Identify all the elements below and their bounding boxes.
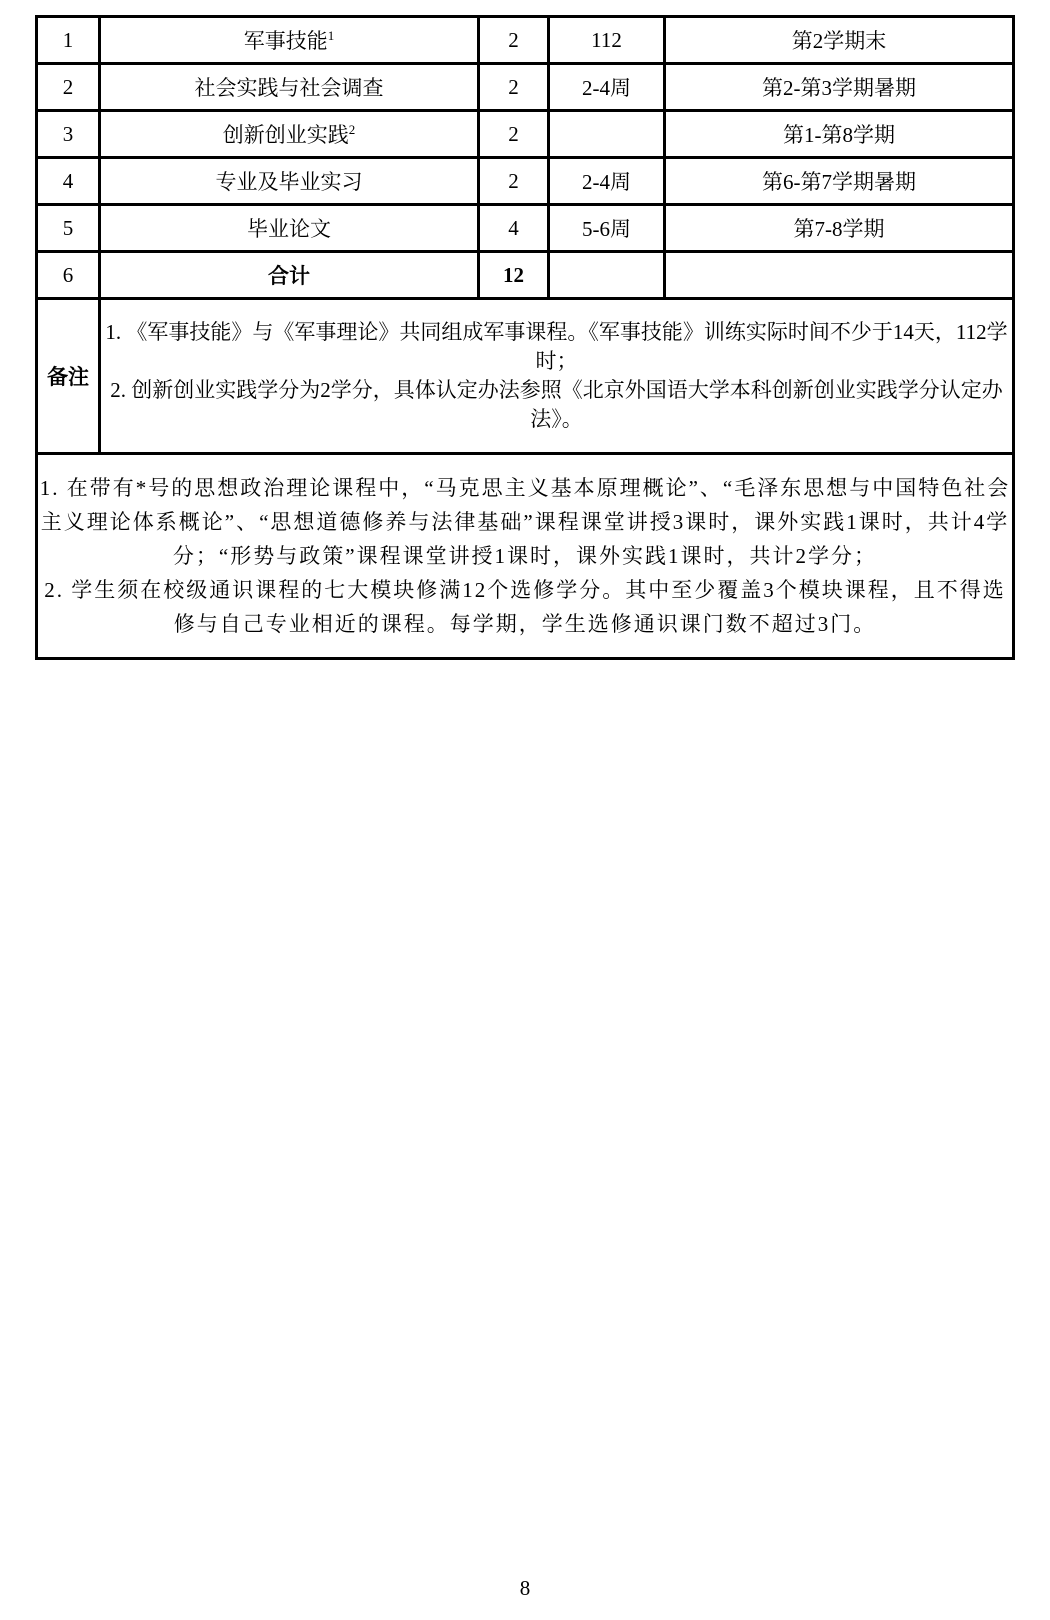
hours-cell: 112 bbox=[549, 17, 665, 64]
total-label-cell: 合计 bbox=[100, 252, 479, 299]
remarks-row: 备注 1. 《军事技能》与《军事理论》共同组成军事课程。《军事技能》训练实际时间… bbox=[37, 299, 1014, 454]
footnote-superscript: 1 bbox=[328, 28, 335, 43]
credits-cell: 2 bbox=[479, 17, 549, 64]
credits-cell: 2 bbox=[479, 111, 549, 158]
row-number-cell: 6 bbox=[37, 252, 100, 299]
page-number: 8 bbox=[0, 1576, 1050, 1601]
remarks-item-1: 1. 《军事技能》与《军事理论》共同组成军事课程。《军事技能》训练实际时间不少于… bbox=[101, 318, 1012, 376]
semester-cell: 第6-第7学期暑期 bbox=[665, 158, 1014, 205]
remarks-label: 备注 bbox=[37, 299, 100, 454]
table-row: 1 军事技能1 2 112 第2学期末 bbox=[37, 17, 1014, 64]
credits-cell: 2 bbox=[479, 158, 549, 205]
course-name-cell: 社会实践与社会调查 bbox=[100, 64, 479, 111]
row-number-cell: 4 bbox=[37, 158, 100, 205]
total-credits-cell: 12 bbox=[479, 252, 549, 299]
notes-section: 1. 在带有*号的思想政治理论课程中，“马克思主义基本原理概论”、“毛泽东思想与… bbox=[37, 454, 1014, 659]
semester-cell: 第1-第8学期 bbox=[665, 111, 1014, 158]
course-name-cell: 专业及毕业实习 bbox=[100, 158, 479, 205]
credits-cell: 4 bbox=[479, 205, 549, 252]
notes-row: 1. 在带有*号的思想政治理论课程中，“马克思主义基本原理概论”、“毛泽东思想与… bbox=[37, 454, 1014, 659]
table-row: 5 毕业论文 4 5-6周 第7-8学期 bbox=[37, 205, 1014, 252]
hours-cell: 5-6周 bbox=[549, 205, 665, 252]
table-row: 4 专业及毕业实习 2 2-4周 第6-第7学期暑期 bbox=[37, 158, 1014, 205]
course-name: 毕业论文 bbox=[247, 217, 331, 241]
hours-cell bbox=[549, 252, 665, 299]
row-number-cell: 3 bbox=[37, 111, 100, 158]
row-number-cell: 1 bbox=[37, 17, 100, 64]
course-name: 创新创业实践 bbox=[223, 123, 349, 147]
hours-cell: 2-4周 bbox=[549, 64, 665, 111]
course-name-cell: 军事技能1 bbox=[100, 17, 479, 64]
course-name-cell: 毕业论文 bbox=[100, 205, 479, 252]
course-name: 专业及毕业实习 bbox=[216, 170, 363, 194]
total-row: 6 合计 12 bbox=[37, 252, 1014, 299]
remarks-item-2: 2. 创新创业实践学分为2学分，具体认定办法参照《北京外国语大学本科创新创业实践… bbox=[101, 376, 1012, 434]
table-row: 3 创新创业实践2 2 第1-第8学期 bbox=[37, 111, 1014, 158]
semester-cell: 第2学期末 bbox=[665, 17, 1014, 64]
note-item-2: 2. 学生须在校级通识课程的七大模块修满12个选修学分。其中至少覆盖3个模块课程… bbox=[38, 573, 1012, 641]
course-name: 社会实践与社会调查 bbox=[195, 76, 384, 100]
semester-cell: 第7-8学期 bbox=[665, 205, 1014, 252]
course-name: 军事技能 bbox=[244, 29, 328, 53]
footnote-superscript: 2 bbox=[349, 122, 356, 137]
row-number-cell: 5 bbox=[37, 205, 100, 252]
semester-cell: 第2-第3学期暑期 bbox=[665, 64, 1014, 111]
remarks-content: 1. 《军事技能》与《军事理论》共同组成军事课程。《军事技能》训练实际时间不少于… bbox=[100, 299, 1014, 454]
course-name-cell: 创新创业实践2 bbox=[100, 111, 479, 158]
note-item-1: 1. 在带有*号的思想政治理论课程中，“马克思主义基本原理概论”、“毛泽东思想与… bbox=[38, 471, 1012, 573]
hours-cell: 2-4周 bbox=[549, 158, 665, 205]
credits-cell: 2 bbox=[479, 64, 549, 111]
row-number-cell: 2 bbox=[37, 64, 100, 111]
semester-cell bbox=[665, 252, 1014, 299]
table-row: 2 社会实践与社会调查 2 2-4周 第2-第3学期暑期 bbox=[37, 64, 1014, 111]
curriculum-table: 1 军事技能1 2 112 第2学期末 2 社会实践与社会调查 2 2-4周 第… bbox=[35, 15, 1015, 660]
hours-cell bbox=[549, 111, 665, 158]
